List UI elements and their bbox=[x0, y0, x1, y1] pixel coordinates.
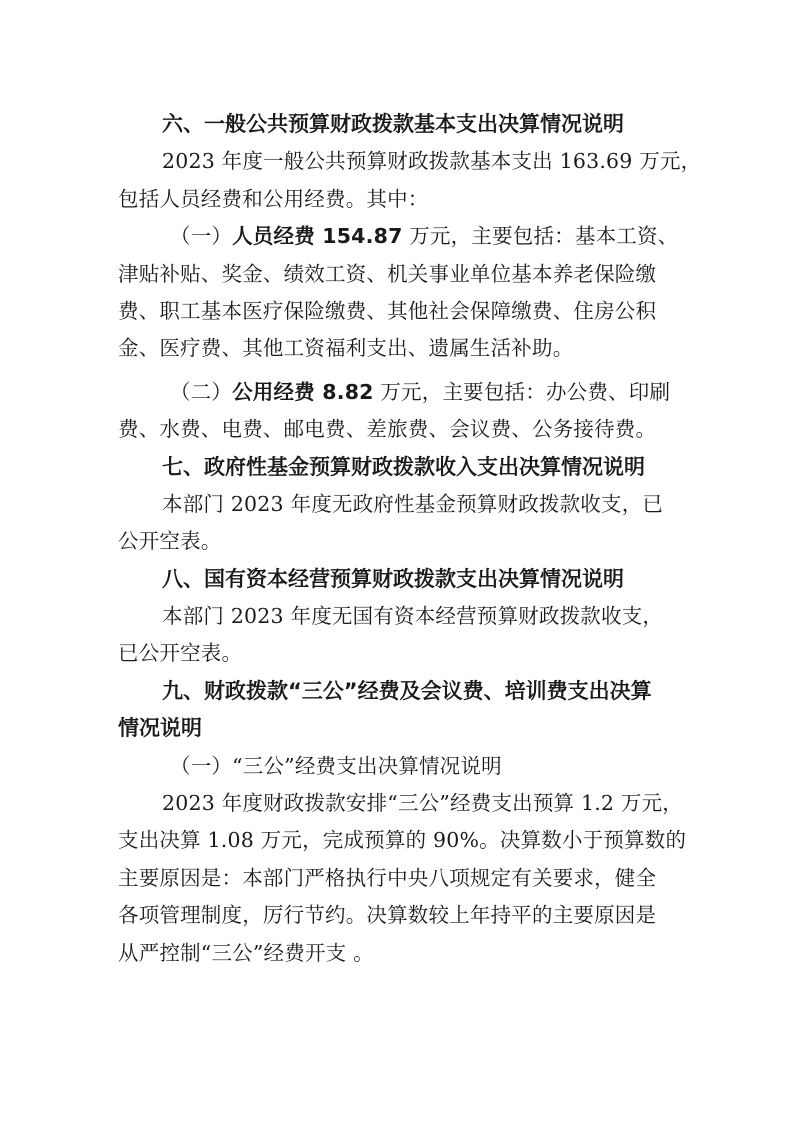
personnel-expense-label: 人员经费 154.87 bbox=[232, 224, 402, 248]
paragraph-line: 各项管理制度，厉行节约。决算数较上年持平的主要原因是 bbox=[118, 897, 674, 934]
paragraph-line: 津贴补贴、奖金、绩效工资、机关事业单位基本养老保险缴 bbox=[118, 256, 674, 293]
section-heading-six: 六、一般公共预算财政拨款基本支出决算情况说明 bbox=[118, 106, 674, 143]
section-heading-nine: 九、财政拨款“三公”经费及会议费、培训费支出决算 bbox=[118, 673, 674, 710]
section-heading-eight: 八、国有资本经营预算财政拨款支出决算情况说明 bbox=[118, 561, 674, 598]
paragraph-line: 本部门 2023 年度无国有资本经营预算财政拨款收支， bbox=[118, 598, 674, 635]
section-heading-nine-cont: 情况说明 bbox=[118, 710, 674, 747]
item-text: 万元，主要包括：办公费、印刷 bbox=[374, 380, 671, 404]
paragraph-line: 包括人员经费和公用经费。其中： bbox=[118, 181, 674, 218]
paragraph-line: 2023 年度一般公共预算财政拨款基本支出 163.69 万元， bbox=[118, 143, 674, 180]
item-prefix: （二） bbox=[170, 380, 232, 404]
paragraph-line: 2023 年度财政拨款安排“三公”经费支出预算 1.2 万元， bbox=[118, 785, 674, 822]
document-page: 六、一般公共预算财政拨款基本支出决算情况说明 2023 年度一般公共预算财政拨款… bbox=[118, 106, 674, 972]
section-heading-seven: 七、政府性基金预算财政拨款收入支出决算情况说明 bbox=[118, 449, 674, 486]
paragraph-line: 本部门 2023 年度无政府性基金预算财政拨款收支，已 bbox=[118, 486, 674, 523]
paragraph-line: 公开空表。 bbox=[118, 523, 674, 560]
paragraph-line: 从严控制“三公”经费开支 。 bbox=[118, 935, 674, 972]
paragraph-line: 费、职工基本医疗保险缴费、其他社会保障缴费、住房公积 bbox=[118, 293, 674, 330]
public-expense-label: 公用经费 8.82 bbox=[232, 380, 374, 404]
subsection-heading: （一）“三公”经费支出决算情况说明 bbox=[118, 748, 674, 785]
public-expense-line: （二）公用经费 8.82 万元，主要包括：办公费、印刷 bbox=[118, 374, 674, 411]
personnel-expense-line: （一）人员经费 154.87 万元，主要包括：基本工资、 bbox=[118, 218, 674, 255]
paragraph-line: 费、水费、电费、邮电费、差旅费、会议费、公务接待费。 bbox=[118, 411, 674, 448]
paragraph-line: 主要原因是：本部门严格执行中央八项规定有关要求，健全 bbox=[118, 860, 674, 897]
item-text: 万元，主要包括：基本工资、 bbox=[403, 224, 679, 248]
paragraph-line: 金、医疗费、其他工资福利支出、遗属生活补助。 bbox=[118, 330, 674, 367]
paragraph-line: 已公开空表。 bbox=[118, 635, 674, 672]
item-prefix: （一） bbox=[170, 224, 232, 248]
paragraph-line: 支出决算 1.08 万元，完成预算的 90%。决算数小于预算数的 bbox=[118, 822, 674, 859]
